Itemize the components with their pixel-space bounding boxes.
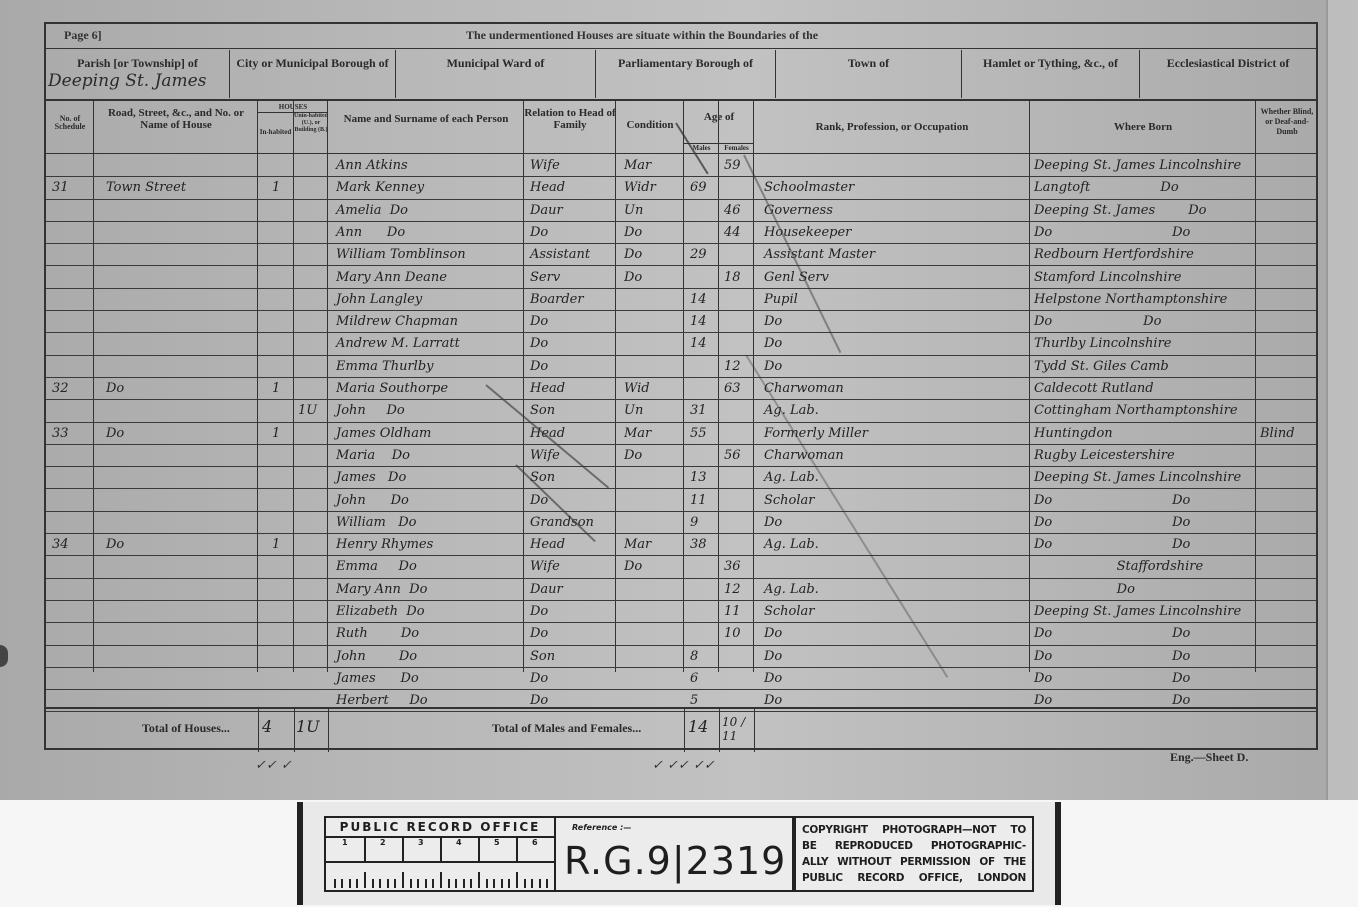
- person-name: Ruth Do: [336, 623, 419, 645]
- ruler-number: 6: [532, 838, 538, 847]
- condition: Un: [624, 400, 643, 422]
- boundaries-caption: The undermentioned Houses are situate wi…: [466, 28, 818, 43]
- page-number: Page 6]: [64, 28, 102, 43]
- person-name: James Oldham: [336, 423, 431, 445]
- table-row: 31Town Street1Mark KenneyHeadWidr69Schoo…: [46, 177, 1316, 199]
- inhabited-count: 1: [272, 534, 280, 556]
- table-row: 33Do1James OldhamHeadMar55Formerly Mille…: [46, 423, 1316, 445]
- table-row: 34Do1Henry RhymesHeadMar38Ag. Lab.Do Do: [46, 534, 1316, 556]
- relation: Daur: [530, 579, 563, 601]
- person-name: Mildrew Chapman: [336, 311, 458, 333]
- birthplace: Rugby Leicestershire: [1034, 445, 1175, 467]
- person-name: Amelia Do: [336, 200, 408, 222]
- relation: Son: [530, 467, 555, 489]
- condition: Mar: [624, 534, 651, 556]
- person-name: John Do: [336, 490, 409, 512]
- copyright-line: ALLY WITHOUT PERMISSION OF THE: [802, 854, 1026, 870]
- table-row: William DoGrandson9DoDo Do: [46, 512, 1316, 534]
- table-row: Emma DoWifeDo36 Staffordshire: [46, 556, 1316, 578]
- person-name: William Tomblinson: [336, 244, 466, 266]
- road-name: Town Street: [106, 177, 186, 199]
- table-row: Mary Ann DoDaur12Ag. Lab. Do: [46, 579, 1316, 601]
- relation: Head: [530, 177, 565, 199]
- copyright-line: BE REPRODUCED PHOTOGRAPHIC-: [802, 838, 1026, 854]
- birthplace: Do Do: [1034, 646, 1190, 668]
- age-female: 10: [724, 623, 741, 645]
- census-page: Page 6] The undermentioned Houses are si…: [0, 0, 1358, 800]
- col-infirm: Whether Blind, or Deaf-and-Dumb: [1256, 101, 1318, 153]
- table-row: Maria DoWifeDo56CharwomanRugby Leicester…: [46, 445, 1316, 467]
- table-row: Amelia DoDaurUn46GovernessDeeping St. Ja…: [46, 200, 1316, 222]
- condition: Widr: [624, 177, 656, 199]
- occupation: Do: [764, 356, 782, 378]
- relation: Do: [530, 601, 548, 623]
- age-male: 31: [690, 400, 707, 422]
- relation: Assistant: [530, 244, 590, 266]
- total-houses-label: Total of Houses...: [142, 721, 230, 736]
- person-name: James Do: [336, 668, 419, 690]
- occupation: Pupil: [764, 289, 798, 311]
- person-name: Emma Thurlby: [336, 356, 433, 378]
- table-row: Ann AtkinsWifeMar59Deeping St. James Lin…: [46, 155, 1316, 177]
- condition: Mar: [624, 423, 651, 445]
- census-form: Page 6] The undermentioned Houses are si…: [44, 22, 1318, 750]
- public-record-office-ruler: PUBLIC RECORD OFFICE 123456: [324, 816, 556, 892]
- person-name: Mark Kenney: [336, 177, 424, 199]
- relation: Do: [530, 222, 548, 244]
- relation: Daur: [530, 200, 563, 222]
- table-row: Ruth DoDo10DoDo Do: [46, 623, 1316, 645]
- age-female: 56: [724, 445, 741, 467]
- reference-label: Reference :—: [572, 823, 631, 832]
- boundary-parish: Parish [or Township] of Deeping St. Jame…: [46, 50, 230, 98]
- relation: Head: [530, 378, 565, 400]
- birthplace: Do Do: [1034, 311, 1161, 333]
- person-name: Elizabeth Do: [336, 601, 425, 623]
- birthplace: Deeping St. James Lincolnshire: [1034, 601, 1241, 623]
- occupation: Ag. Lab.: [764, 534, 819, 556]
- birthplace: Langtoft Do: [1034, 177, 1179, 199]
- birthplace: Do Do: [1034, 222, 1190, 244]
- occupation: Ag. Lab.: [764, 400, 819, 422]
- total-persons-label: Total of Males and Females...: [492, 721, 641, 736]
- person-name: Henry Rhymes: [336, 534, 433, 556]
- relation: Do: [530, 333, 548, 355]
- relation: Son: [530, 646, 555, 668]
- age-female: 12: [724, 579, 741, 601]
- relation: Wife: [530, 445, 560, 467]
- page-edge: [1326, 0, 1358, 800]
- birthplace: Staffordshire: [1034, 556, 1203, 578]
- inhabited-count: 1: [272, 423, 280, 445]
- infirmity: Blind: [1260, 423, 1295, 445]
- parish-value: Deeping St. James: [46, 74, 229, 88]
- birthplace: Redbourn Hertfordshire: [1034, 244, 1194, 266]
- person-name: Ann Do: [336, 222, 405, 244]
- boundary-city: City or Municipal Borough of: [230, 50, 396, 98]
- table-row: John DoDo11ScholarDo Do: [46, 490, 1316, 512]
- condition: Do: [624, 267, 642, 289]
- age-male: 8: [690, 646, 698, 668]
- table-row: Elizabeth DoDo11ScholarDeeping St. James…: [46, 601, 1316, 623]
- birthplace: Deeping St. James Lincolnshire: [1034, 467, 1241, 489]
- check-marks-houses: ✓✓ ✓: [255, 758, 292, 773]
- total-uninhabited: 1U: [296, 717, 320, 736]
- occupation: Ag. Lab.: [764, 467, 819, 489]
- boundary-parliamentary: Parliamentary Borough of: [596, 50, 776, 98]
- age-male: 11: [690, 490, 707, 512]
- person-name: Ann Atkins: [336, 155, 408, 177]
- condition: Do: [624, 556, 642, 578]
- age-female: 59: [724, 155, 741, 177]
- occupation: Scholar: [764, 601, 815, 623]
- birthplace: Deeping St. James Do: [1034, 200, 1206, 222]
- age-male: 6: [690, 668, 698, 690]
- birthplace: Do Do: [1034, 512, 1190, 534]
- occupation: Do: [764, 668, 782, 690]
- person-name: Emma Do: [336, 556, 417, 578]
- table-row: 32Do1Maria SouthorpeHeadWid63CharwomanCa…: [46, 378, 1316, 400]
- birthplace: Stamford Lincolnshire: [1034, 267, 1181, 289]
- condition: Un: [624, 200, 643, 222]
- person-name: Andrew M. Larratt: [336, 333, 460, 355]
- road-name: Do: [106, 423, 124, 445]
- age-male: 14: [690, 333, 707, 355]
- condition: Do: [624, 445, 642, 467]
- birthplace: Deeping St. James Lincolnshire: [1034, 155, 1241, 177]
- age-female: 11: [724, 601, 741, 623]
- occupation: Do: [764, 646, 782, 668]
- table-row: John LangleyBoarder14PupilHelpstone Nort…: [46, 289, 1316, 311]
- occupation: Do: [764, 333, 782, 355]
- birthplace: Tydd St. Giles Camb: [1034, 356, 1169, 378]
- sheet-label: Eng.—Sheet D.: [1170, 750, 1248, 765]
- occupation: Charwoman: [764, 378, 844, 400]
- ruler-number: 5: [494, 838, 500, 847]
- occupation: Ag. Lab.: [764, 579, 819, 601]
- relation: Do: [530, 668, 548, 690]
- occupation: Do: [764, 512, 782, 534]
- schedule-number: 32: [52, 378, 69, 400]
- check-marks-persons: ✓ ✓✓ ✓✓: [652, 758, 715, 773]
- uninhabited-count: 1U: [298, 400, 317, 422]
- copyright-notice: COPYRIGHT PHOTOGRAPH—NOT TO BE REPRODUCE…: [794, 816, 1034, 892]
- reference-box: Reference :— R.G.9|2319: [556, 816, 794, 892]
- office-name: PUBLIC RECORD OFFICE: [326, 818, 554, 838]
- inhabited-count: 1: [272, 378, 280, 400]
- ruler-number: 4: [456, 838, 462, 847]
- person-name: John Do: [336, 646, 417, 668]
- boundary-ward: Municipal Ward of: [396, 50, 596, 98]
- schedule-number: 33: [52, 423, 69, 445]
- ruler-number: 1: [342, 838, 348, 847]
- birthplace: Do Do: [1034, 668, 1190, 690]
- birthplace: Do Do: [1034, 490, 1190, 512]
- age-male: 14: [690, 311, 707, 333]
- age-male: 55: [690, 423, 707, 445]
- age-female: 12: [724, 356, 741, 378]
- age-male: 13: [690, 467, 707, 489]
- copyright-line: COPYRIGHT PHOTOGRAPH—NOT TO: [802, 822, 1026, 838]
- relation: Do: [530, 623, 548, 645]
- age-male: 9: [690, 512, 698, 534]
- copyright-line: PUBLIC RECORD OFFICE, LONDON: [802, 870, 1026, 886]
- age-male: 29: [690, 244, 707, 266]
- relation: Boarder: [530, 289, 584, 311]
- table-row: Mary Ann DeaneServDo18Genl ServStamford …: [46, 267, 1316, 289]
- table-row: Mildrew ChapmanDo14DoDo Do: [46, 311, 1316, 333]
- reference-number: R.G.9|2319: [564, 838, 786, 884]
- birthplace: Cottingham Northamptonshire: [1034, 400, 1238, 422]
- schedule-number: 31: [52, 177, 69, 199]
- age-female: 63: [724, 378, 741, 400]
- table-row: Ann DoDoDo44HousekeeperDo Do: [46, 222, 1316, 244]
- totals-row: Total of Houses... 4 1U Total of Males a…: [46, 707, 1316, 752]
- occupation: Schoolmaster: [764, 177, 854, 199]
- table-row: John DoSon8DoDo Do: [46, 646, 1316, 668]
- age-male: 69: [690, 177, 707, 199]
- condition: Wid: [624, 378, 650, 400]
- table-row: James DoSon13Ag. Lab.Deeping St. James L…: [46, 467, 1316, 489]
- person-name: Mary Ann Do: [336, 579, 427, 601]
- age-male: 14: [690, 289, 707, 311]
- occupation: Formerly Miller: [764, 423, 868, 445]
- relation: Do: [530, 311, 548, 333]
- birthplace: Do Do: [1034, 534, 1190, 556]
- condition: Mar: [624, 155, 651, 177]
- relation: Serv: [530, 267, 560, 289]
- inhabited-count: 1: [272, 177, 280, 199]
- birthplace: Do Do: [1034, 623, 1190, 645]
- boundary-ecclesiastical: Ecclesiastical District of: [1140, 50, 1316, 98]
- person-name: John Do: [336, 400, 405, 422]
- person-name: Maria Do: [336, 445, 410, 467]
- person-name: Mary Ann Deane: [336, 267, 447, 289]
- person-name: Maria Southorpe: [336, 378, 448, 400]
- age-female: 18: [724, 267, 741, 289]
- relation: Head: [530, 534, 565, 556]
- road-name: Do: [106, 534, 124, 556]
- table-row: Emma ThurlbyDo12DoTydd St. Giles Camb: [46, 356, 1316, 378]
- birthplace: Huntingdon: [1034, 423, 1113, 445]
- relation: Wife: [530, 155, 560, 177]
- relation: Son: [530, 400, 555, 422]
- schedule-number: 34: [52, 534, 69, 556]
- person-name: James Do: [336, 467, 406, 489]
- relation: Wife: [530, 556, 560, 578]
- condition: Do: [624, 244, 642, 266]
- occupation: Scholar: [764, 490, 815, 512]
- road-name: Do: [106, 378, 124, 400]
- ruler-number: 2: [380, 838, 386, 847]
- relation: Do: [530, 356, 548, 378]
- table-row: Andrew M. LarrattDo14DoThurlby Lincolnsh…: [46, 333, 1316, 355]
- table-row: 1UJohn DoSonUn31Ag. Lab.Cottingham North…: [46, 400, 1316, 422]
- occupation: Do: [764, 311, 782, 333]
- total-females: 10 / 11: [722, 715, 752, 743]
- birthplace: Do: [1034, 579, 1135, 601]
- birthplace: Helpstone Northamptonshire: [1034, 289, 1227, 311]
- total-inhabited: 4: [262, 717, 272, 736]
- age-male: 38: [690, 534, 707, 556]
- birthplace: Thurlby Lincolnshire: [1034, 333, 1172, 355]
- person-name: John Langley: [336, 289, 422, 311]
- ruler-number: 3: [418, 838, 424, 847]
- boundary-town: Town of: [776, 50, 962, 98]
- age-female: 44: [724, 222, 741, 244]
- age-female: 36: [724, 556, 741, 578]
- table-row: James DoDo6DoDo Do: [46, 668, 1316, 690]
- occupation: Genl Serv: [764, 267, 829, 289]
- table-row: William TomblinsonAssistantDo29Assistant…: [46, 244, 1316, 266]
- person-name: William Do: [336, 512, 417, 534]
- condition: Do: [624, 222, 642, 244]
- boundary-hamlet: Hamlet or Tything, &c., of: [962, 50, 1140, 98]
- occupation: Do: [764, 623, 782, 645]
- age-female: 46: [724, 200, 741, 222]
- binding-hole: [0, 645, 8, 667]
- occupation: Assistant Master: [764, 244, 875, 266]
- birthplace: Caldecott Rutland: [1034, 378, 1154, 400]
- total-males: 14: [688, 717, 708, 736]
